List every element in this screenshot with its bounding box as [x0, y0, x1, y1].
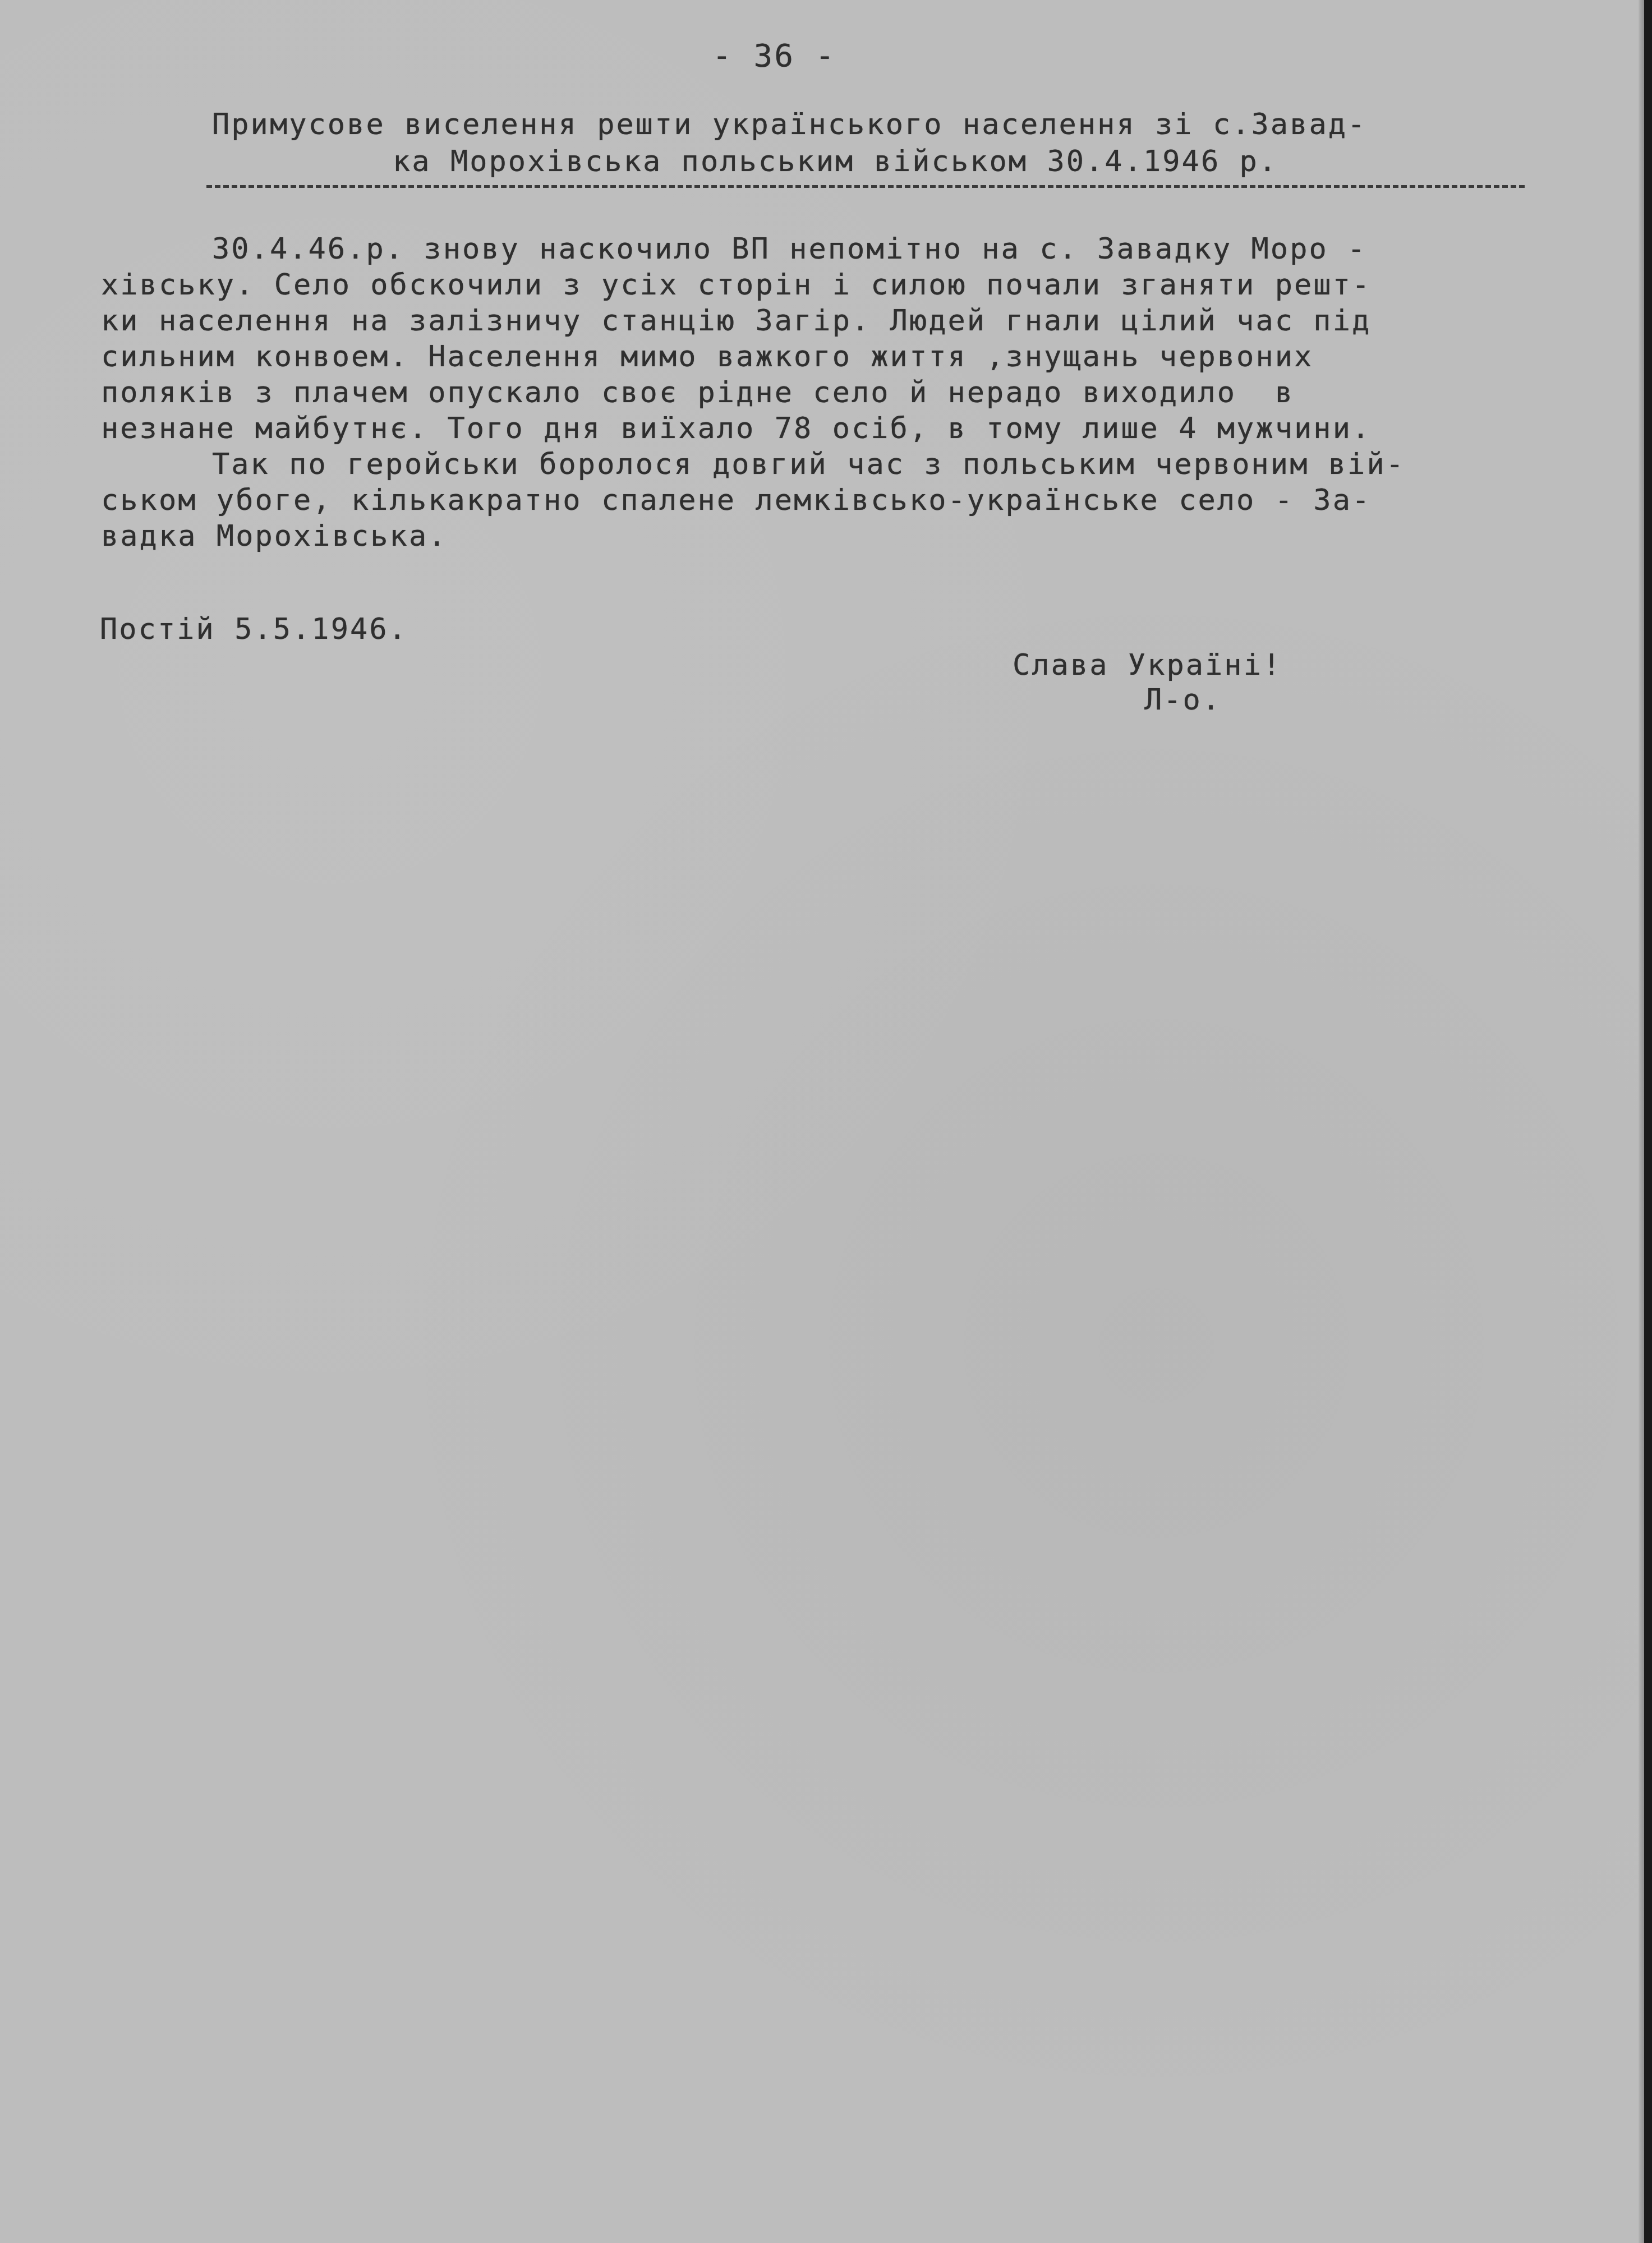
page-edge-shadow [1639, 0, 1644, 2243]
body-text-line: 30.4.46.р. знову наскочило ВП непомітно … [212, 234, 1366, 264]
body-text-line: вадка Морохівська. [101, 522, 448, 551]
document-title-line-2: ка Морохівська польським військом 30.4.1… [393, 147, 1278, 176]
body-text-line: ськом убоге, кількакратно спалене лемків… [101, 486, 1371, 515]
body-text-line: Так по геройськи боролося довгий час з п… [212, 450, 1405, 479]
document-title-line-1: Примусове виселення решти українського н… [212, 110, 1366, 139]
body-text-line: ки населення на залізничу станцію Загір.… [101, 306, 1371, 335]
place-and-date: Постій 5.5.1946. [100, 615, 408, 644]
body-text-line: поляків з плачем опускало своє рідне сел… [101, 378, 1294, 407]
body-text-line: сильним конвоем. Населення мимо важкого … [101, 342, 1313, 371]
title-underline [206, 185, 1525, 188]
closing-salutation: Слава Україні! [1013, 651, 1282, 680]
document-page: - 36 - Примусове виселення решти українс… [0, 0, 1652, 2243]
body-text-line: хівську. Село обскочили з усіх сторін і … [101, 270, 1371, 300]
page-number: - 36 - [712, 40, 836, 72]
body-text-line: незнане майбутнє. Того дня виїхало 78 ос… [101, 414, 1371, 443]
scan-border [1644, 0, 1652, 2243]
signature: Л-о. [1144, 685, 1221, 715]
